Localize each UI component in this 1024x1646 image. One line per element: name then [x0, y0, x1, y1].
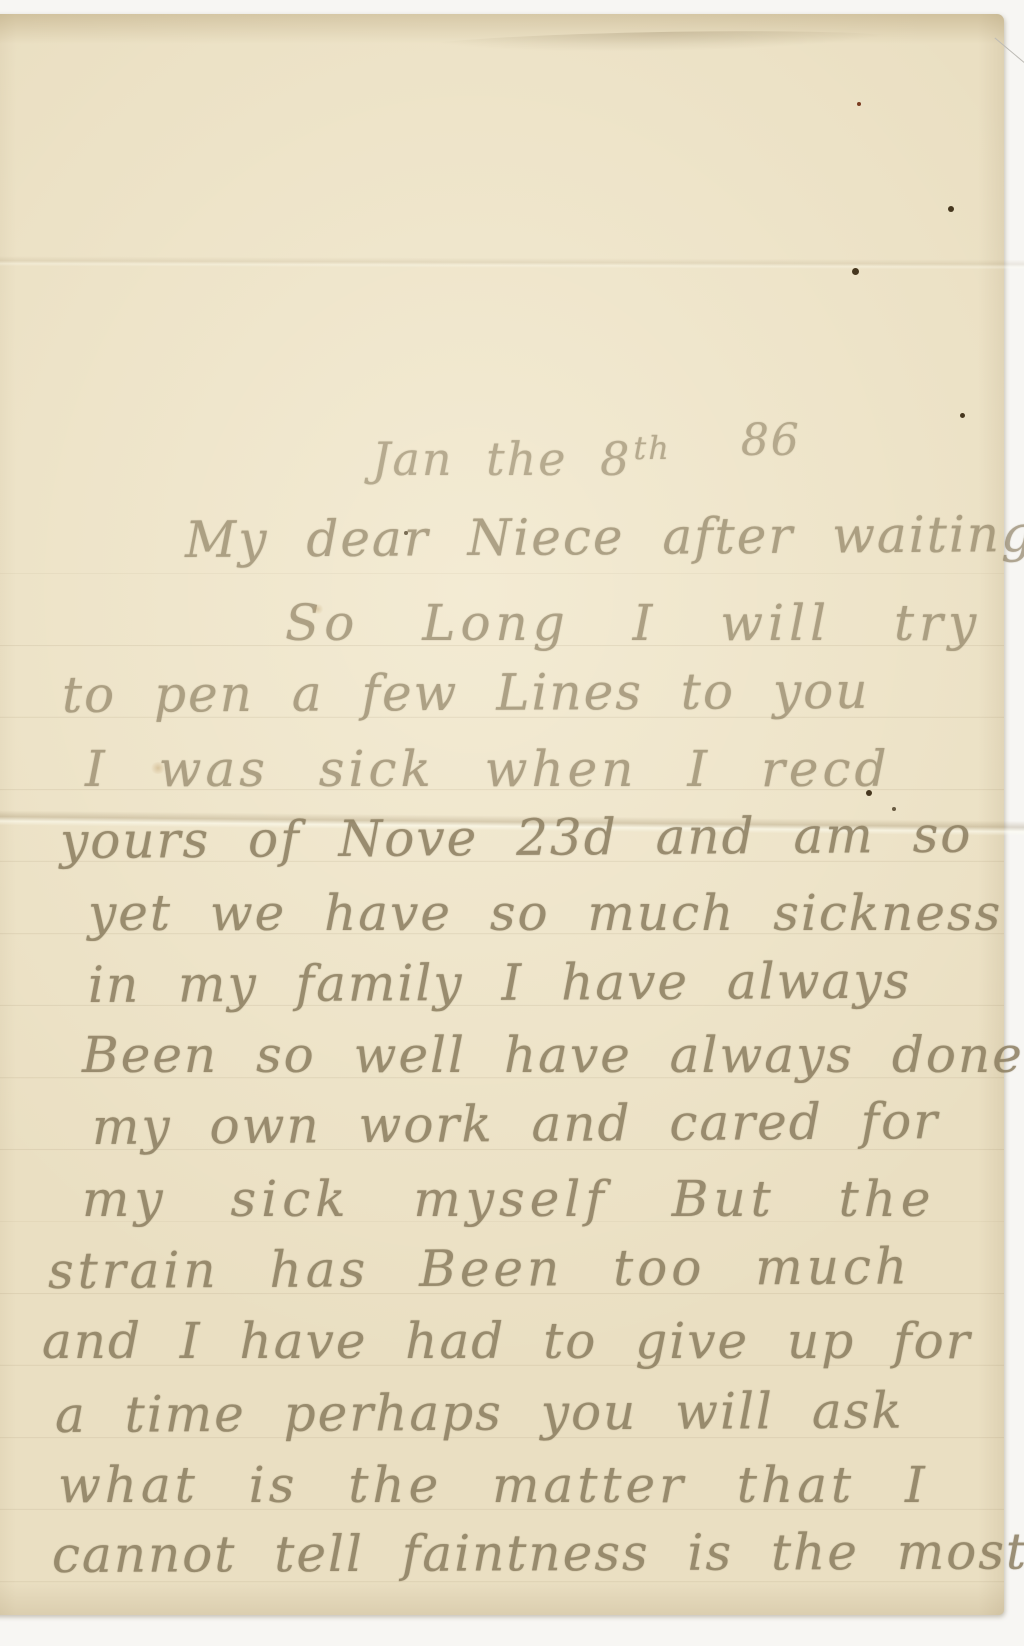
- letter-line: to pen a few Lines to you: [62, 666, 870, 720]
- date-ordinal: th: [633, 429, 670, 467]
- paper-stain: [150, 762, 166, 774]
- letter-line: My dear Niece after waiting: [185, 509, 1024, 565]
- fold-crease-upper: [0, 256, 1024, 270]
- letter-paper: name Sarah J Adams I have not room for m…: [0, 14, 1004, 1615]
- ink-speck: [404, 531, 408, 535]
- letter-line: So Long I will try: [285, 598, 981, 648]
- letter-line: and I have had to give up for: [42, 1316, 972, 1366]
- letter-line: a time perhaps you will ask: [55, 1386, 904, 1440]
- letter-line: my sick myself But the: [82, 1174, 936, 1224]
- letter-line: yours of Nove 23d and am so: [60, 810, 973, 866]
- letter-line: in my family I have always: [88, 956, 911, 1010]
- date-line: Jan the 8th86: [372, 432, 801, 486]
- date-text: Jan the 8: [372, 432, 631, 486]
- ink-speck: [852, 268, 859, 275]
- scan-background: name Sarah J Adams I have not room for m…: [0, 0, 1024, 1646]
- top-edge-curl-shadow: [412, 28, 912, 61]
- paper-stain: [312, 604, 324, 614]
- ink-speck: [866, 790, 872, 796]
- ink-speck: [960, 413, 965, 418]
- letter-line: what is the matter that I: [58, 1460, 929, 1510]
- ink-speck: [948, 206, 954, 212]
- letter-line: my own work and cared for: [92, 1096, 940, 1152]
- letter-line: Been so well have always done: [82, 1030, 1024, 1080]
- date-year: 86: [741, 415, 801, 466]
- letter-line: cannot tell faintness is the most: [52, 1527, 1024, 1580]
- letter-line: I was sick when I recd: [85, 744, 890, 794]
- letter-line: yet we have so much sickness: [88, 888, 1002, 938]
- letter-line: strain has Been too much: [48, 1241, 911, 1296]
- ink-speck: [892, 807, 896, 811]
- ink-speck: [857, 102, 861, 106]
